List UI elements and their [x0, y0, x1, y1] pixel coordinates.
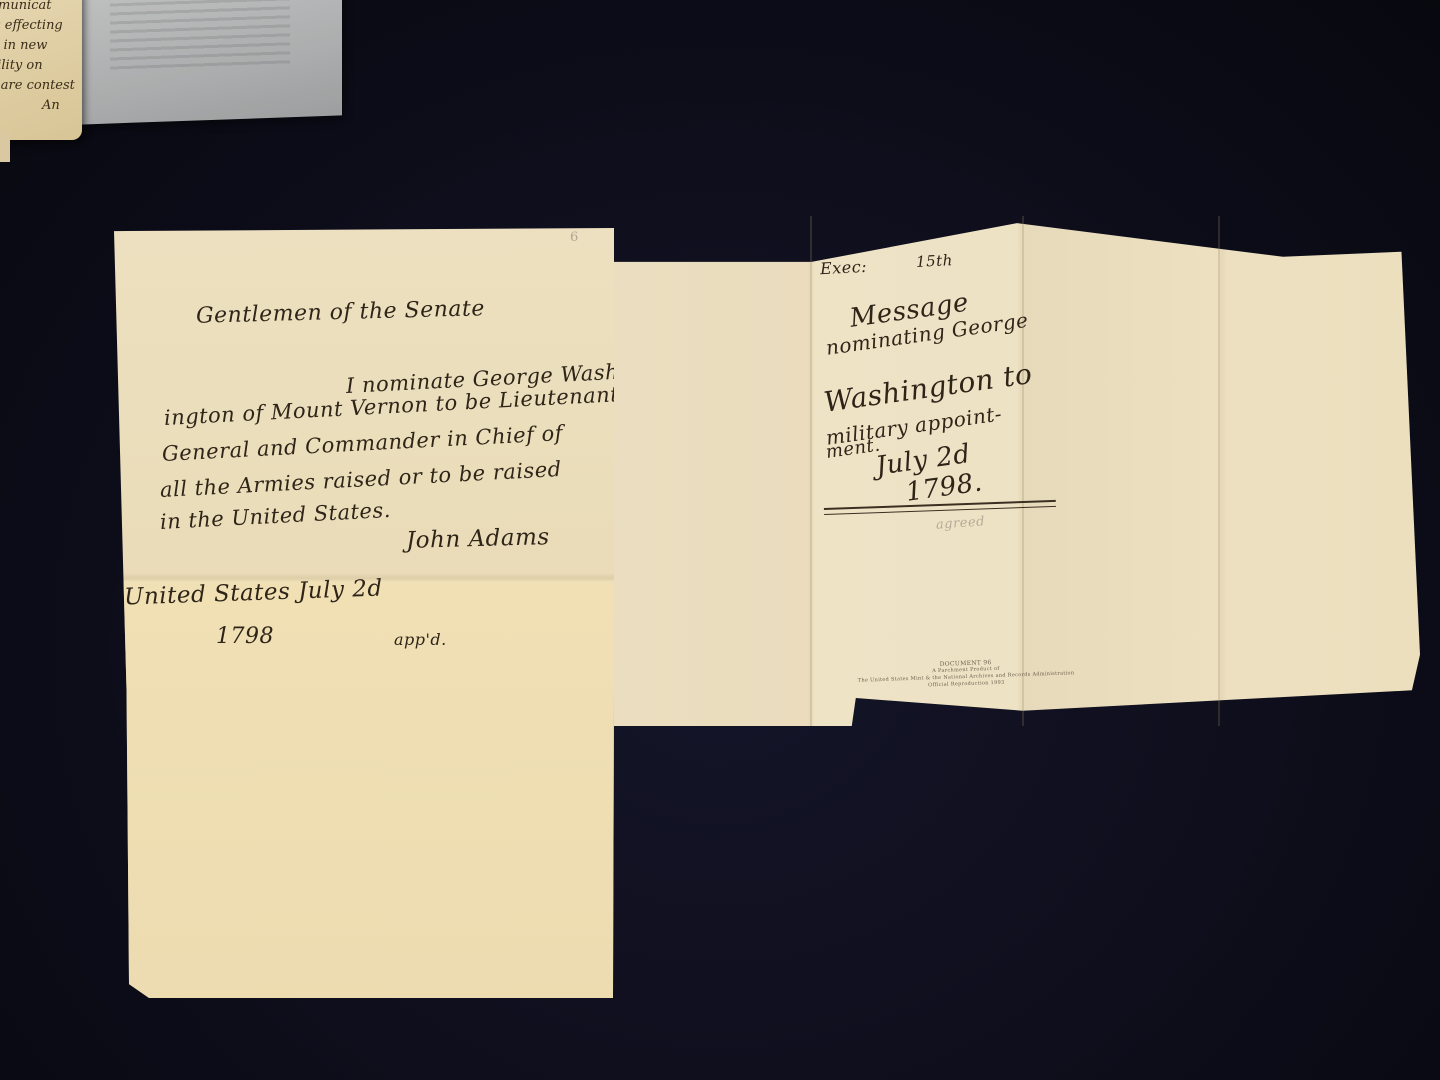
plastic-sleeve	[80, 0, 342, 125]
fragment-line: tility on	[0, 58, 43, 73]
body-line: in the United States.	[159, 498, 391, 534]
fragment-line: s are contest	[0, 78, 75, 93]
salutation: Gentlemen of the Senate	[196, 296, 485, 329]
docket-cover: Exec: 15th Message nominating George Was…	[614, 216, 1420, 726]
photo-scene: municat s effecting y in new tility on s…	[0, 0, 1440, 1080]
docket-number: 15th	[916, 251, 954, 271]
corner-letter-fragment-edge	[0, 130, 10, 162]
page-number: 6	[570, 230, 579, 245]
fragment-line: An	[42, 98, 60, 113]
vertical-fold-crease	[1218, 216, 1220, 726]
docket-sheet	[614, 216, 1420, 726]
docket-header: Exec:	[820, 257, 868, 278]
lower-fold-panel	[114, 580, 614, 998]
sleeve-ghost-text	[110, 0, 290, 74]
signature-john-adams: John Adams	[406, 524, 550, 554]
vertical-fold-crease	[1022, 216, 1024, 726]
body-line: all the Armies raised or to be raised	[159, 457, 562, 502]
fragment-line: s effecting	[0, 18, 63, 33]
fragment-line: municat	[0, 0, 52, 13]
year: 1798	[216, 624, 274, 649]
approval-note: app'd.	[394, 630, 447, 649]
corner-letter-fragment: municat s effecting y in new tility on s…	[0, 0, 82, 140]
nomination-letter: 6 Gentlemen of the Senate I nominate Geo…	[114, 228, 614, 998]
fragment-line: y in new	[0, 38, 47, 53]
vertical-fold-crease	[810, 216, 812, 726]
